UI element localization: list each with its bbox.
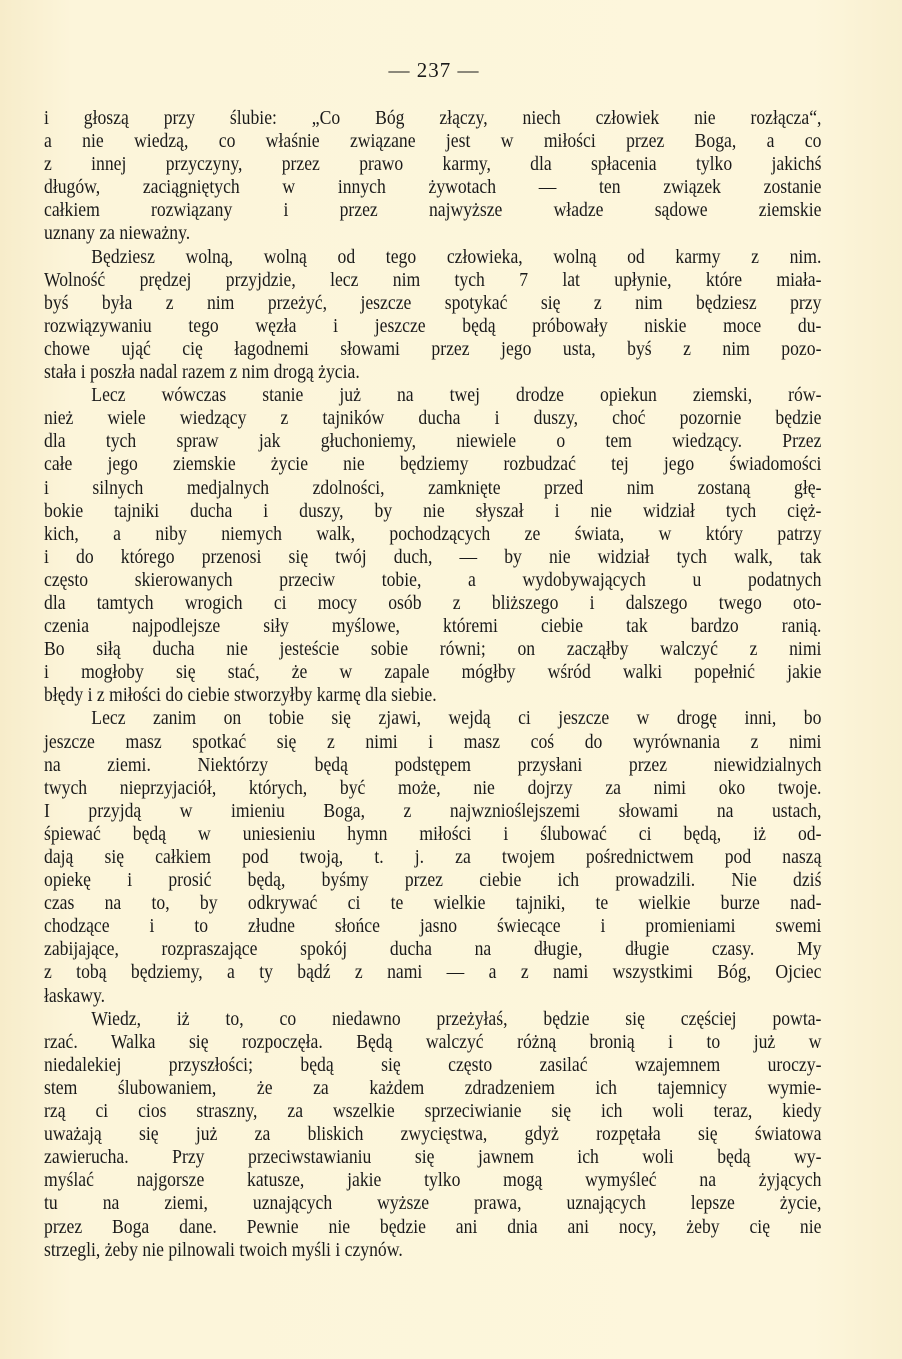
text-line: dla tych spraw jak głuchoniemy, niewiele…: [44, 430, 821, 453]
text-line: z tobą będziemy, a ty bądź z nami — a z …: [44, 961, 821, 984]
text-line: i do którego przenosi się twój duch, — b…: [44, 546, 821, 569]
text-line: Lecz zanim on tobie się zjawi, wejdą ci …: [44, 707, 821, 730]
text-line: bokie tajniki ducha i duszy, by nie słys…: [44, 500, 821, 523]
text-line: Lecz wówczas stanie już na twej drodze o…: [44, 384, 821, 407]
text-line: dla tamtych wrogich ci mocy osób z bliżs…: [44, 592, 821, 615]
text-line: z innej przyczyny, przez prawo karmy, dl…: [44, 153, 821, 176]
text-line: opiekę i prosić będą, byśmy przez ciebie…: [44, 869, 821, 892]
text-line: długów, zaciągniętych w innych żywotach …: [44, 176, 821, 199]
text-line: Wolność prędzej przyjdzie, lecz nim tych…: [44, 269, 821, 292]
text-line: tu na ziemi, uznających wyższe prawa, uz…: [44, 1192, 821, 1215]
text-line: Wiedz, iż to, co niedawno przeżyłaś, będ…: [44, 1008, 821, 1031]
text-line: uznany za nieważny.: [44, 222, 821, 245]
paragraph: Lecz wówczas stanie już na twej drodze o…: [44, 384, 821, 707]
text-line: uważają się już za bliskich zwycięstwa, …: [44, 1123, 821, 1146]
body-text: i głoszą przy ślubie: „Co Bóg złączy, ni…: [44, 107, 821, 1262]
text-line: rozwiązywaniu tego węzła i jeszcze będą …: [44, 315, 821, 338]
text-line: stem ślubowaniem, że za każdem zdradzeni…: [44, 1077, 821, 1100]
text-line: twych nieprzyjaciół, których, być może, …: [44, 777, 821, 800]
paragraph: i głoszą przy ślubie: „Co Bóg złączy, ni…: [44, 107, 821, 246]
text-line: i silnych medjalnych zdolności, zamknięt…: [44, 477, 821, 500]
text-line: myślać najgorsze katusze, jakie tylko mo…: [44, 1169, 821, 1192]
text-line: rzą ci cios straszny, za wszelkie sprzec…: [44, 1100, 821, 1123]
text-line: chowe ująć cię łagodnemi słowami przez j…: [44, 338, 821, 361]
text-line: nież wiele wiedzący z tajników ducha i d…: [44, 407, 821, 430]
text-line: strzegli, żeby nie pilnowali twoich myśl…: [44, 1239, 821, 1262]
text-line: Będziesz wolną, wolną od tego człowieka,…: [44, 246, 821, 269]
text-line: często skierowanych przeciw tobie, a wyd…: [44, 569, 821, 592]
text-line: I przyjdą w imieniu Boga, z najwznioślej…: [44, 800, 821, 823]
text-line: błędy i z miłości do ciebie stworzyłby k…: [44, 684, 821, 707]
text-line: na ziemi. Niektórzy będą podstępem przys…: [44, 754, 821, 777]
text-line: a nie wiedzą, co właśnie związane jest w…: [44, 130, 821, 153]
text-line: całkiem rozwiązany i przez najwyższe wła…: [44, 199, 821, 222]
page-number: — 237 —: [0, 58, 868, 83]
text-line: Bo siłą ducha nie jesteście sobie równi;…: [44, 638, 821, 661]
text-line: i mogłoby się stać, że w zapale mógłby w…: [44, 661, 821, 684]
text-line: jeszcze masz spotkać się z nimi i masz c…: [44, 731, 821, 754]
text-line: chodzące i to złudne słońce jasno świecą…: [44, 915, 821, 938]
text-line: całe jego ziemskie życie nie będziemy ro…: [44, 453, 821, 476]
book-page: — 237 — i głoszą przy ślubie: „Co Bóg zł…: [0, 0, 902, 1359]
text-line: rzać. Walka się rozpoczęła. Będą walczyć…: [44, 1031, 821, 1054]
text-line: czenia najpodlejsze siły myślowe, którem…: [44, 615, 821, 638]
text-line: czas na to, by odkrywać ci te wielkie ta…: [44, 892, 821, 915]
text-line: zabijające, rozpraszające spokój ducha n…: [44, 938, 821, 961]
text-line: dają się całkiem pod twoją, t. j. za two…: [44, 846, 821, 869]
text-line: kich, a niby niemych walk, pochodzących …: [44, 523, 821, 546]
text-line: stała i poszła nadal razem z nim drogą ż…: [44, 361, 821, 384]
text-line: zawierucha. Przy przeciwstawianiu się ja…: [44, 1146, 821, 1169]
text-line: przez Boga dane. Pewnie nie będzie ani d…: [44, 1216, 821, 1239]
text-line: i głoszą przy ślubie: „Co Bóg złączy, ni…: [44, 107, 821, 130]
text-line: niedalekiej przyszłości; będą się często…: [44, 1054, 821, 1077]
paragraph: Będziesz wolną, wolną od tego człowieka,…: [44, 246, 821, 385]
text-line: łaskawy.: [44, 985, 821, 1008]
paragraph: Lecz zanim on tobie się zjawi, wejdą ci …: [44, 707, 821, 1007]
paragraph: Wiedz, iż to, co niedawno przeżyłaś, będ…: [44, 1008, 821, 1262]
text-line: byś była z nim przeżyć, jeszcze spotykać…: [44, 292, 821, 315]
text-line: śpiewać będą w uniesieniu hymn miłości i…: [44, 823, 821, 846]
